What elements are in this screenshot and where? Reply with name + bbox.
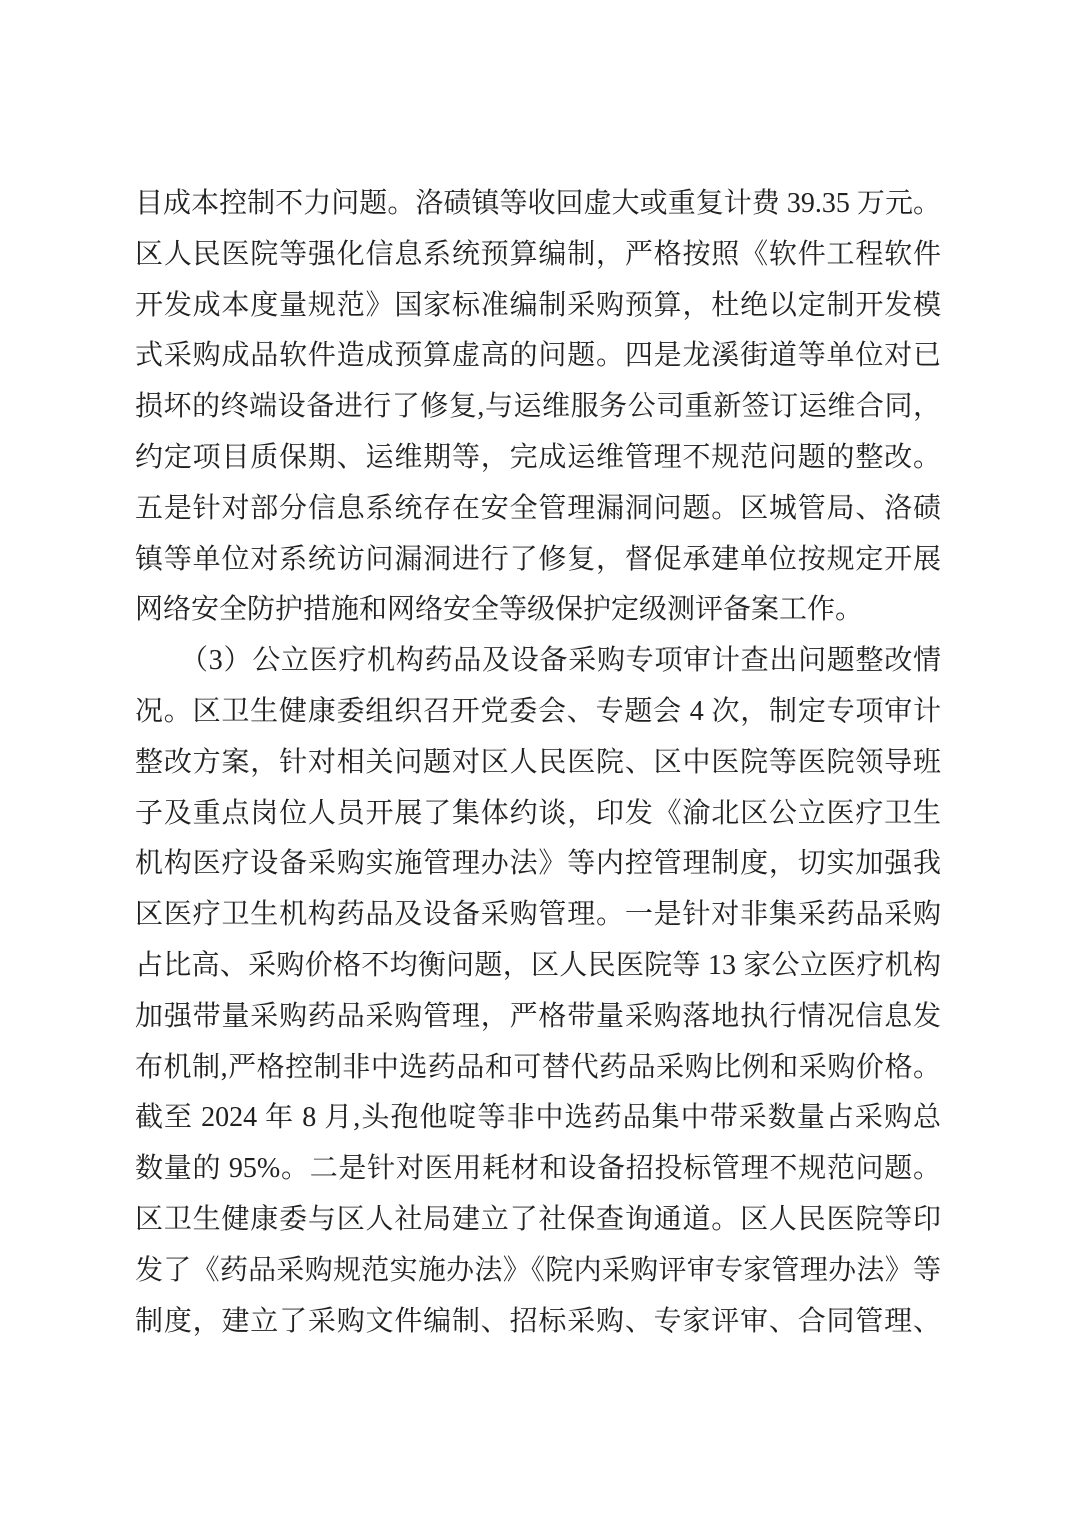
text-line-11: 况。区卫生健康委组织召开党委会、专题会 4 次，制定专项审计: [135, 687, 941, 738]
text-line-16: 占比高、采购价格不均衡问题，区人民医院等 13 家公立医疗机构: [135, 941, 941, 992]
text-line-15: 区医疗卫生机构药品及设备采购管理。一是针对非集采药品采购: [135, 890, 941, 941]
text-line-3: 开发成本度量规范》国家标准编制采购预算，杜绝以定制开发模: [135, 281, 941, 332]
text-line-21: 区卫生健康委与区人社局建立了社保查询通道。区人民医院等印: [135, 1195, 941, 1246]
text-line-1: 目成本控制不力问题。洛碛镇等收回虚大或重复计费 39.35 万元。: [135, 179, 941, 230]
text-line-22: 发了《药品采购规范实施办法》《院内采购评审专家管理办法》等: [135, 1246, 941, 1297]
text-line-5: 损坏的终端设备进行了修复,与运维服务公司重新签订运维合同，: [135, 382, 941, 433]
text-line-19: 截至 2024 年 8 月,头孢他啶等非中选药品集中带采数量占采购总: [135, 1093, 941, 1144]
text-line-20: 数量的 95%。二是针对医用耗材和设备招投标管理不规范问题。: [135, 1144, 941, 1195]
text-line-10: （3）公立医疗机构药品及设备采购专项审计查出问题整改情: [135, 636, 941, 687]
text-line-14: 机构医疗设备采购实施管理办法》等内控管理制度，切实加强我: [135, 839, 941, 890]
text-line-8: 镇等单位对系统访问漏洞进行了修复，督促承建单位按规定开展: [135, 535, 941, 586]
text-line-6: 约定项目质保期、运维期等，完成运维管理不规范问题的整改。: [135, 433, 941, 484]
text-line-23: 制度，建立了采购文件编制、招标采购、专家评审、合同管理、: [135, 1297, 941, 1348]
text-line-13: 子及重点岗位人员开展了集体约谈，印发《渝北区公立医疗卫生: [135, 789, 941, 840]
text-line-18: 布机制,严格控制非中选药品和可替代药品采购比例和采购价格。: [135, 1043, 941, 1094]
text-line-12: 整改方案，针对相关问题对区人民医院、区中医院等医院领导班: [135, 738, 941, 789]
text-line-7: 五是针对部分信息系统存在安全管理漏洞问题。区城管局、洛碛: [135, 484, 941, 535]
text-line-2: 区人民医院等强化信息系统预算编制，严格按照《软件工程软件: [135, 230, 941, 281]
document-page: 目成本控制不力问题。洛碛镇等收回虚大或重复计费 39.35 万元。区人民医院等强…: [0, 0, 1074, 1520]
text-line-17: 加强带量采购药品采购管理，严格带量采购落地执行情况信息发: [135, 992, 941, 1043]
text-line-4: 式采购成品软件造成预算虚高的问题。四是龙溪街道等单位对已: [135, 331, 941, 382]
text-line-9: 网络安全防护措施和网络安全等级保护定级测评备案工作。: [135, 585, 941, 636]
body-text: 目成本控制不力问题。洛碛镇等收回虚大或重复计费 39.35 万元。区人民医院等强…: [135, 179, 941, 1347]
